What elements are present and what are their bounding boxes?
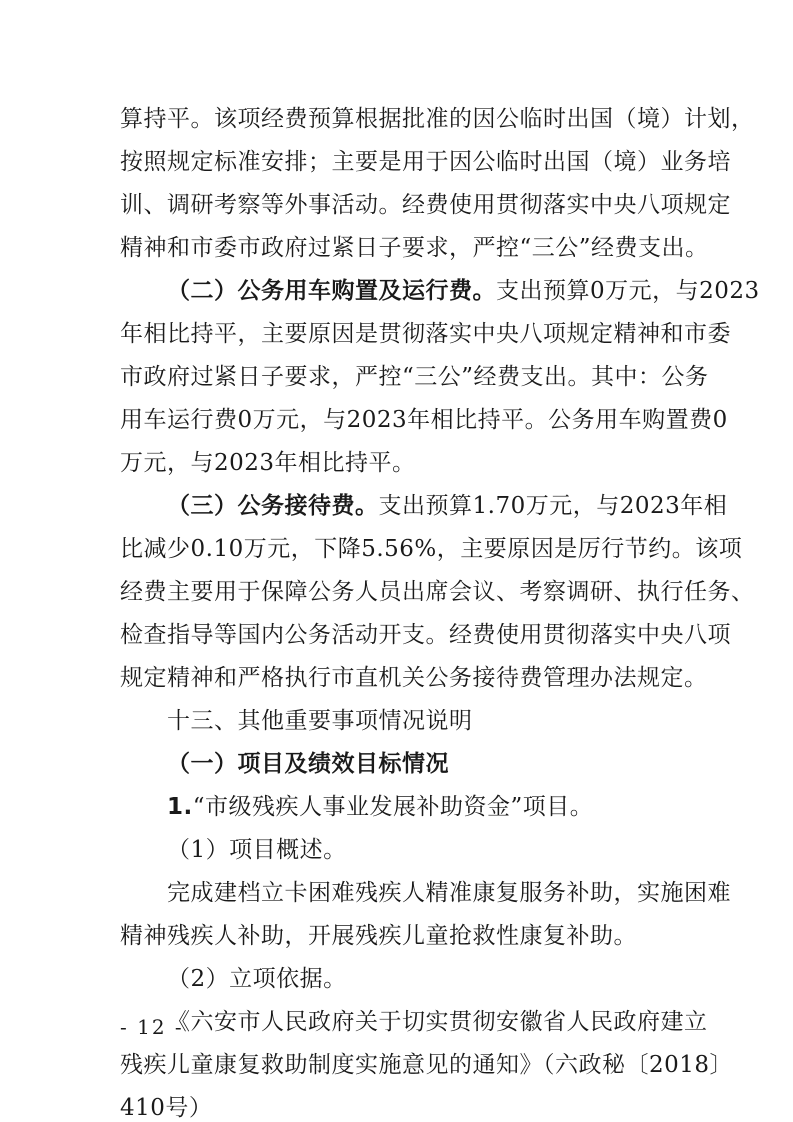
- paragraph-line: 《六安市人民政府关于切实贯彻安徽省人民政府建立: [120, 1001, 682, 1044]
- paragraph-line: 年相比持平，主要原因是贯彻落实中央八项规定精神和市委: [120, 313, 682, 356]
- section-heading-vehicle: （二）公务用车购置及运行费。支出预算0万元，与2023: [120, 270, 682, 313]
- paragraph-line: 用车运行费0万元，与2023年相比持平。公务用车购置费0: [120, 399, 682, 442]
- section-title-13: 十三、其他重要事项情况说明: [120, 700, 682, 743]
- paragraph-line: 算持平。该项经费预算根据批准的因公临时出国（境）计划，: [120, 98, 682, 141]
- paragraph-line: 训、调研考察等外事活动。经费使用贯彻落实中央八项规定: [120, 184, 682, 227]
- paragraph-line: 经费主要用于保障公务人员出席会议、考察调研、执行任务、: [120, 571, 682, 614]
- heading-rest: 支出预算0万元，与2023: [496, 278, 760, 304]
- paragraph-line: 检查指导等国内公务活动开支。经费使用贯彻落实中央八项: [120, 614, 682, 657]
- item-heading-basis: （2）立项依据。: [120, 958, 682, 1001]
- paragraph-line: 比减少0.10万元，下降5.56%，主要原因是厉行节约。该项: [120, 528, 682, 571]
- page-number: - 12 -: [120, 1015, 184, 1039]
- paragraph-line: 410号）: [120, 1087, 682, 1122]
- project-number: 1.: [167, 794, 193, 820]
- paragraph-line: 规定精神和严格执行市直机关公务接待费管理办法规定。: [120, 657, 682, 700]
- heading-bold: （二）公务用车购置及运行费。: [167, 278, 496, 304]
- subsection-title-projects: （一）项目及绩效目标情况: [120, 743, 682, 786]
- paragraph-line: 按照规定标准安排；主要是用于因公临时出国（境）业务培: [120, 141, 682, 184]
- document-page: 算持平。该项经费预算根据批准的因公临时出国（境）计划， 按照规定标准安排；主要是…: [120, 98, 682, 1122]
- paragraph-line: 万元，与2023年相比持平。: [120, 442, 682, 485]
- item-heading-overview: （1）项目概述。: [120, 829, 682, 872]
- section-heading-reception: （三）公务接待费。支出预算1.70万元，与2023年相: [120, 485, 682, 528]
- paragraph-line: 精神残疾人补助，开展残疾儿童抢救性康复补助。: [120, 915, 682, 958]
- paragraph-line: 精神和市委市政府过紧日子要求，严控“三公”经费支出。: [120, 227, 682, 270]
- project-title: 1.“市级残疾人事业发展补助资金”项目。: [120, 786, 682, 829]
- project-name: “市级残疾人事业发展补助资金”项目。: [193, 794, 594, 820]
- heading-bold: （三）公务接待费。: [167, 493, 379, 519]
- paragraph-line: 残疾儿童康复救助制度实施意见的通知》（六政秘〔2018〕: [120, 1044, 682, 1087]
- paragraph-line: 市政府过紧日子要求，严控“三公”经费支出。其中：公务: [120, 356, 682, 399]
- paragraph-line: 完成建档立卡困难残疾人精准康复服务补助，实施困难: [120, 872, 682, 915]
- heading-rest: 支出预算1.70万元，与2023年相: [379, 493, 728, 519]
